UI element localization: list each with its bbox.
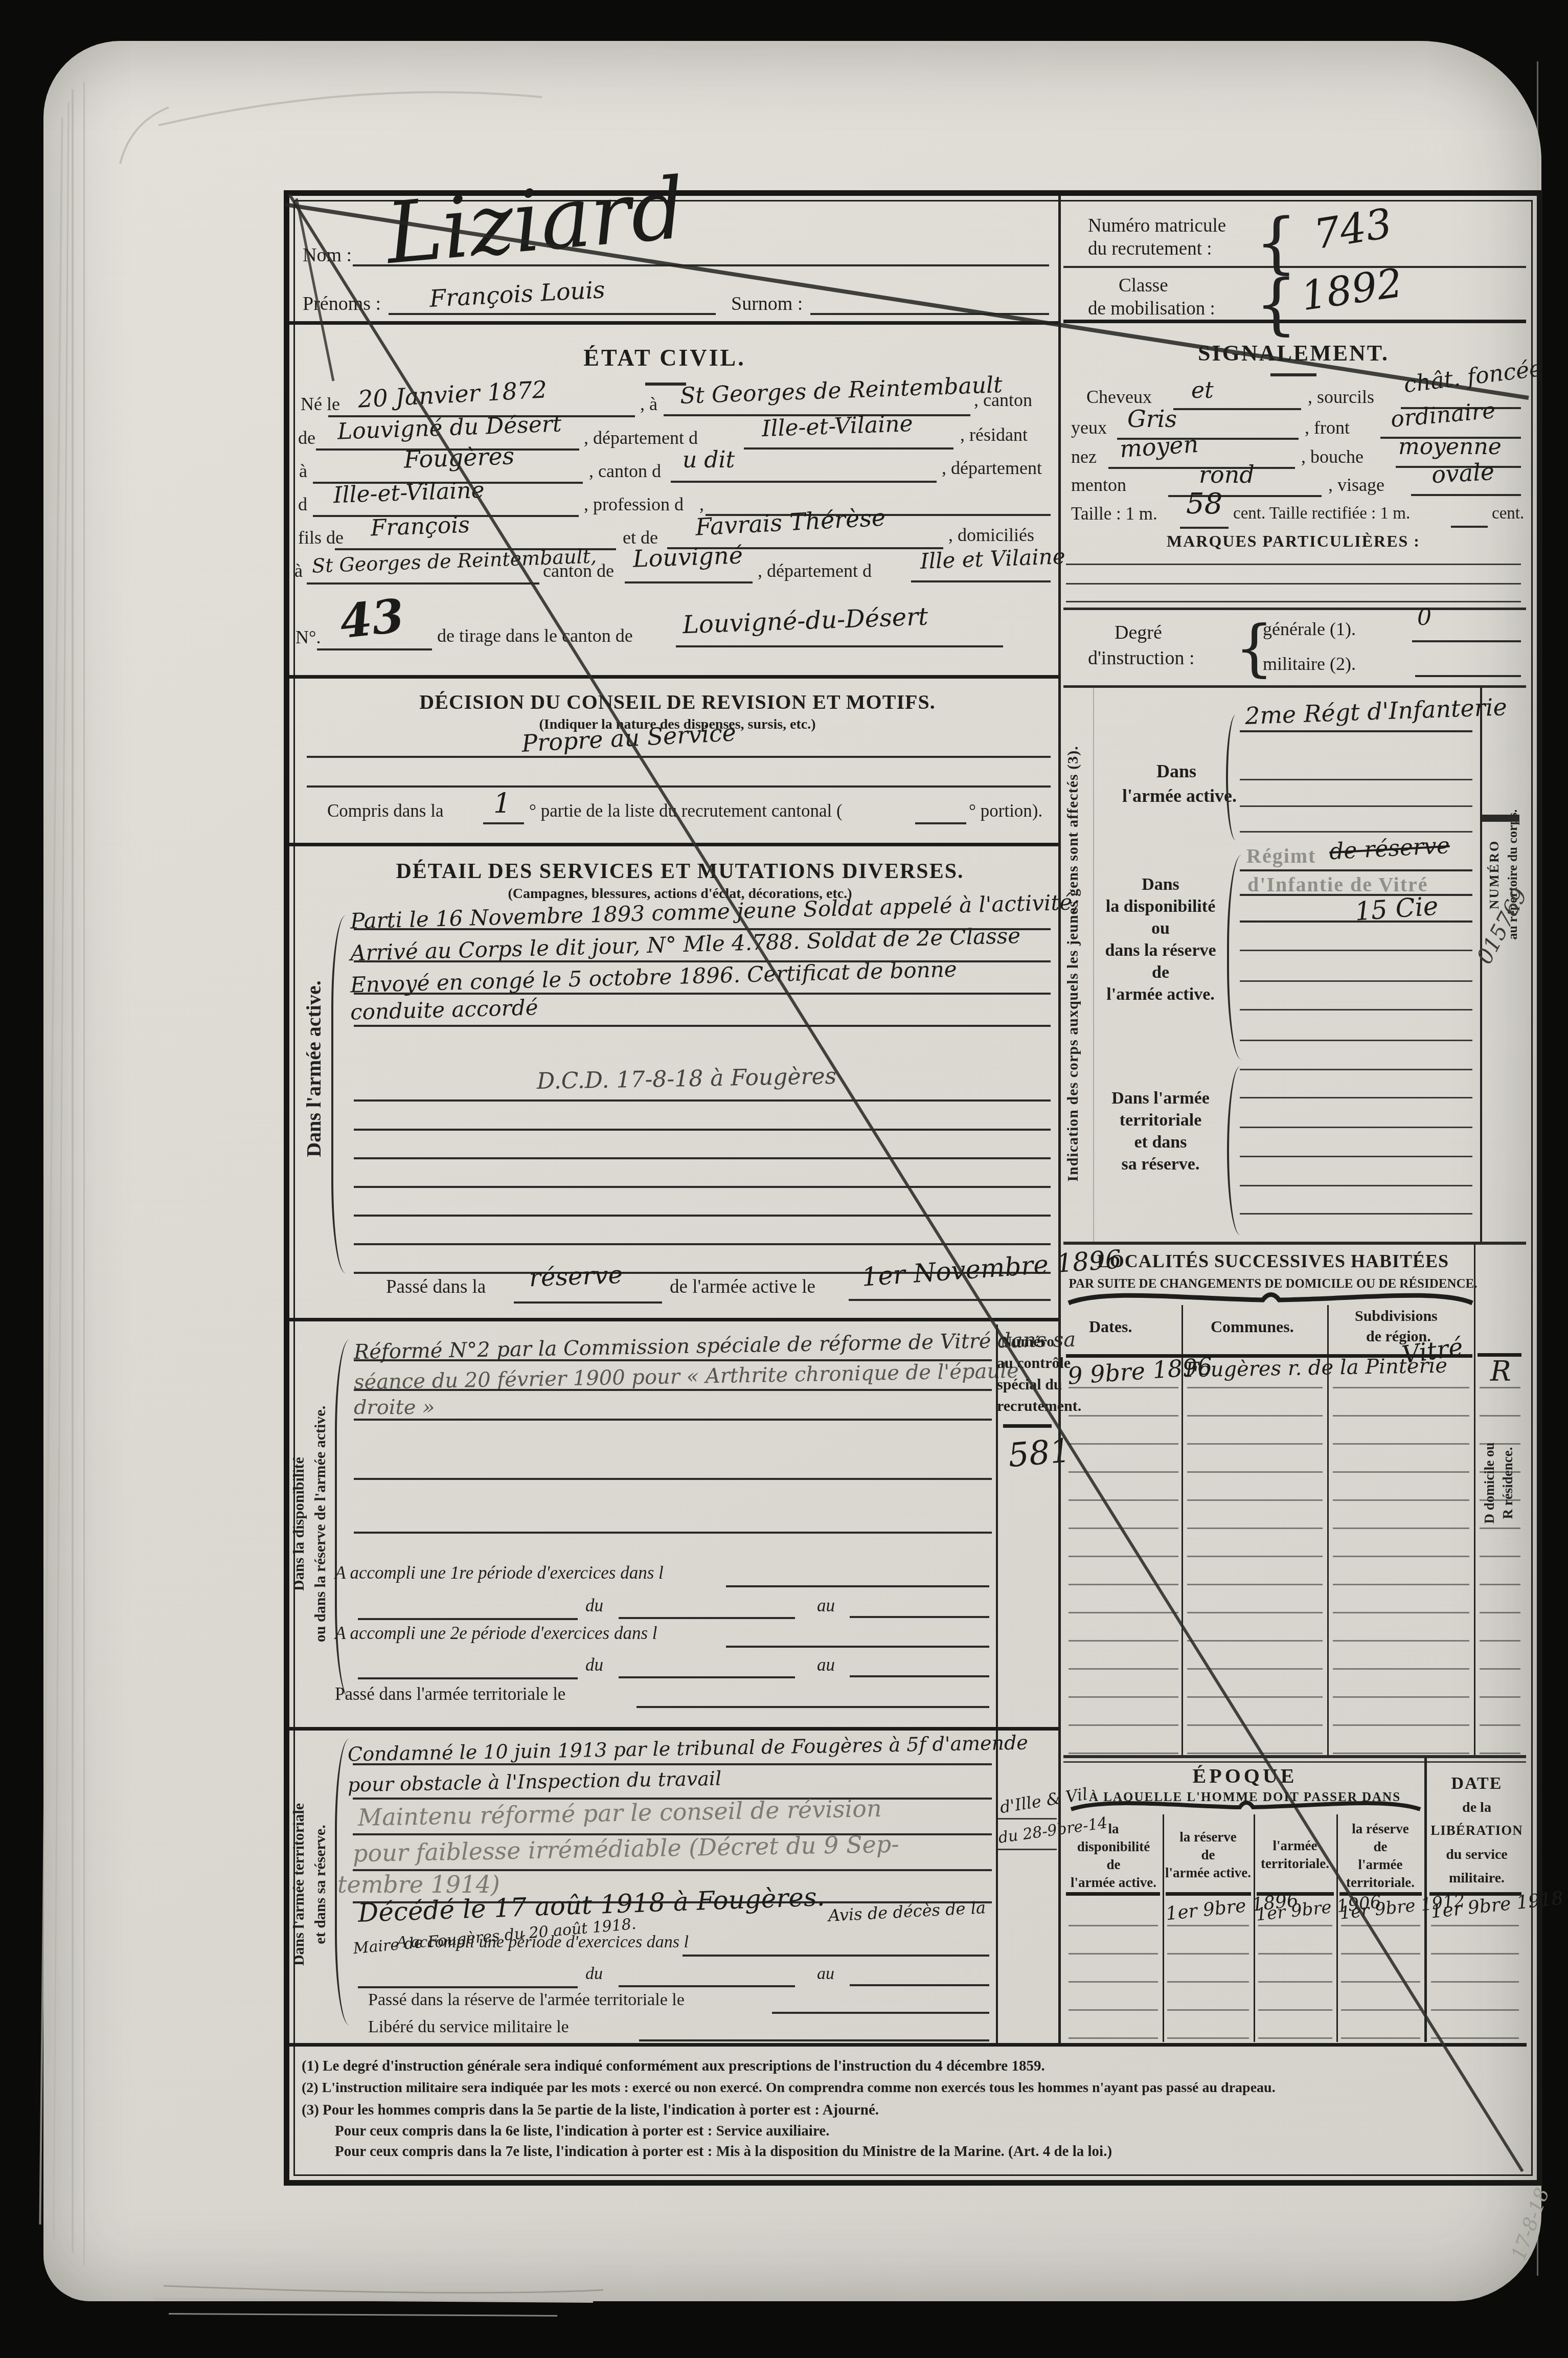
marques-rule3 [1066,601,1521,602]
cheveux-value: et [1191,379,1214,402]
marge-rule1 [998,1818,1057,1820]
epo-col3-l1: l'armée [1255,1838,1335,1853]
taille-rule1 [1180,527,1229,529]
loc-rules-dr [1480,1360,1520,1755]
dispo-bottom-divider [289,1727,1058,1731]
page-stack-edge [83,82,85,2265]
degre-generale-value: 0 [1417,607,1431,629]
corps-dispo-label-6: l'armée active. [1099,985,1222,1004]
etat-r4-a: d [298,495,307,514]
regiment-stamp-2: d'Infantie de Vitré [1247,872,1428,896]
terr-au: au [817,1965,834,1983]
terr-periode-label: A accompli une période d'exercices dans … [396,1933,689,1951]
etat-r6-rule0 [307,582,539,585]
terr-au-rule [850,1984,989,1986]
compris-hw: 1 [493,790,511,818]
etat-bottom-divider [289,675,1058,679]
corps-rule16 [1240,1185,1472,1186]
epo-col2-l1: la réserve [1164,1830,1252,1844]
periode2-du: du [585,1656,603,1675]
localites-subtitle: PAR SUITE DE CHANGEMENTS DE DOMICILE OU … [1069,1277,1478,1291]
degre-militaire-rule [1415,675,1521,677]
corps-dispo-label-1: Dans [1099,875,1222,894]
corps-rule17 [1240,1213,1472,1215]
corps-bottom-divider [1063,1242,1526,1245]
epo-rules-4 [1341,1898,1420,2041]
periode1-rule [726,1585,989,1587]
dispo-rule4 [354,1478,992,1480]
epoque-subtitle: À LAQUELLE L'HOMME DOIT PASSER DANS [1069,1791,1421,1804]
tirage-mid: de tirage dans le canton de [437,626,633,646]
bouche-value: moyenne [1398,436,1502,458]
footnote-2: (2) L'instruction militaire sera indiqué… [302,2080,1276,2095]
etat-r6-hw2: Louvigné [632,543,743,570]
periode2-label: A accompli une 2e période d'exercices da… [335,1624,657,1643]
terr-rule1 [353,1763,992,1765]
etat-r6-b: canton de [543,562,614,581]
etat-r6-rule1 [625,581,753,583]
corps-rule10 [1240,1009,1472,1010]
controle-label-1: Numéro [997,1334,1058,1350]
svc-rule2 [354,960,1051,962]
etat-r5-c: , domiciliés [948,526,1034,545]
corps-side-label: Indication des corps auxquels les jeunes… [1064,689,1082,1239]
compris-rule1 [483,822,524,824]
degre-bottom-divider [1063,685,1526,688]
loc-col-dates: Dates. [1089,1318,1132,1336]
periode2-au-rule [850,1675,989,1677]
page-stack-edge [72,89,74,2253]
localites-bottom-divider [1063,1755,1526,1758]
periode2-du-rule [619,1676,795,1678]
footnotes-top-divider [289,2043,1527,2047]
etat-r6-hw3: Ille et Vilaine [920,546,1065,572]
corps-active-label-2: l'armée active. [1122,787,1237,806]
corps-rule9 [1240,980,1472,982]
epo-date-l3: LIBÉRATION [1427,1823,1527,1837]
controle-box-border [996,1324,998,2043]
front-label: , front [1305,418,1350,438]
compris-a: Compris dans la [327,802,443,821]
main-column-divider [1058,196,1061,2043]
localites-bottom-divider-2 [1063,1761,1526,1763]
loc-rules-dates [1069,1360,1178,1755]
epo-rules-5 [1431,1898,1519,2041]
marques-rule2 [1066,583,1521,585]
yeux-label: yeux [1071,418,1107,438]
footnote-4: Pour ceux compris dans la 6e liste, l'in… [335,2123,829,2139]
epo-col3-l2: territoriale. [1255,1856,1335,1871]
terr-du: du [585,1965,603,1983]
cheveux-rule [1173,408,1301,410]
svc-rule7 [354,1157,1051,1159]
etat-r2-a: de [298,429,315,448]
footnote-3: (3) Pour les hommes compris dans la 5e p… [302,2102,879,2118]
taille-label: Taille : 1 m. [1071,505,1157,524]
footnote-5: Pour ceux compris dans la 7e liste, l'in… [335,2144,1112,2159]
loc-col-subdiv-1: Subdivisions [1355,1308,1438,1324]
loc-rules-communes [1187,1360,1323,1755]
corps-rule5 [1240,869,1472,871]
localites-title: LOCALITÉS SUCCESSIVES HABITÉES [1069,1252,1478,1271]
etat-r6-c: , département d [758,562,872,581]
corps-side-line [1093,688,1094,1242]
dispo-rule5 [354,1532,992,1534]
svc-rule5 [354,1099,1051,1102]
svc-rule9 [354,1215,1051,1217]
sourcils-label: , sourcils [1308,388,1374,407]
repertoire-label-1: NUMÉRO [1487,731,1502,1018]
degre-generale-rule [1412,640,1521,642]
corps-rule11 [1240,1040,1472,1041]
surnom-rule [810,313,1049,315]
marques-rule1 [1066,564,1521,565]
nom-label: Nom : [303,245,352,266]
etat-r2-c: , résidant [960,425,1028,445]
loc-rules-subdiv [1333,1360,1469,1755]
corps-active-brace [1226,715,1242,840]
bouche-label: , bouche [1301,447,1364,467]
nez-label: nez [1071,447,1097,467]
etat-r2-rule2 [744,447,953,450]
passe-rule1 [514,1301,662,1304]
signalement-bottom-divider [1063,608,1526,610]
terr-periode-rule [683,1955,989,1957]
corps-rule1 [1240,730,1472,732]
corps-rule8 [1240,950,1472,951]
svc-rule1 [354,928,1051,930]
tirage-rule1 [317,648,432,650]
surnom-label: Surnom : [731,294,803,315]
epo-date-l1: DATE [1427,1775,1527,1793]
etat-r6-a: à [294,562,303,581]
etat-r3-c: , département [942,459,1042,478]
footnote-1: (1) Le degré d'instruction générale sera… [302,2058,1045,2074]
degre-generale: générale (1). [1263,620,1356,639]
periode2-au: au [817,1656,835,1675]
etat-r1-b: , à [640,395,657,414]
etat-r2-b: , département d [584,429,698,448]
etat-r1-a: Né le [301,395,340,414]
repertoire-label-2: au répertoire du corps. [1505,731,1520,1018]
corps-dispo-label-4: dans la réserve [1099,941,1222,960]
taille-value: 58 [1186,490,1222,519]
signalement-underline [1270,373,1316,376]
corps-dispo-label-2: la disponibilité [1099,897,1222,916]
periode1-rule0 [358,1618,578,1620]
visage-value: ovale [1431,460,1495,486]
epo-col1-l1: la [1066,1822,1161,1836]
corps-rule14 [1240,1127,1472,1128]
etat-r4-b: , profession d [584,495,684,514]
corps-rule12 [1240,1069,1472,1070]
etat-r4-hw1: Ille-et-Vilaine [333,479,485,507]
epo-col4-l1: la réserve [1338,1822,1423,1836]
nez-value: moyen [1119,432,1199,461]
compris-c: ° portion). [969,802,1042,821]
terr-du-rule [619,1985,795,1987]
epo-col2-l2: de [1164,1848,1252,1862]
controle-label-4: recrutement. [997,1398,1058,1414]
taille-fin: cent. [1492,505,1524,523]
services-side-label: Dans l'armée active. [302,869,326,1268]
classe-brace: { [1255,265,1298,343]
passe-reserve-b: de l'armée active le [670,1277,815,1297]
corps-rule15 [1240,1156,1472,1157]
terr-passe-reserve: Passé dans la réserve de l'armée territo… [368,1991,685,2009]
cheveux-label: Cheveux [1086,388,1152,407]
passe-reserve-hw1: réserve [529,1263,623,1290]
corps-terr-label-3: et dans [1099,1133,1222,1152]
corps-dispo-label-3: ou [1099,919,1222,938]
compris-rule2 [915,822,966,824]
marge-rule2 [998,1849,1057,1850]
compris-b: ° partie de la liste du recrutement cant… [529,802,843,821]
periode2-rule0 [358,1677,578,1679]
dispo-rule3 [354,1419,992,1421]
controle-label-2: au contrôle [997,1355,1058,1372]
corps-terr-label-2: territoriale [1099,1111,1222,1130]
etat-r2-hw2: Ille-et-Vilaine [761,413,913,440]
decision-rule2 [307,785,1051,788]
epo-col4-l4: territoriale. [1338,1875,1423,1890]
corps-rule4 [1240,831,1472,833]
prenoms-label: Prénoms : [303,294,381,315]
svc-rule6 [354,1129,1051,1131]
corps-dispo-label-5: de [1099,963,1222,982]
etat-civil-title: ÉTAT CIVIL. [460,346,869,370]
dispo-brace [335,1340,351,1698]
epo-col1-l2: disponibilité [1066,1839,1161,1854]
services-dcd: D.C.D. 17-8-18 à Fougères [537,1065,837,1093]
taille-rule2 [1451,526,1488,528]
svc-rule10 [354,1243,1051,1245]
corps-rule2 [1240,779,1472,780]
terr-side-label-2: et dans sa réserve. [312,1731,329,2038]
etat-r3-b: , canton d [589,462,661,481]
svc-rule8 [354,1186,1051,1188]
terr-hw5: tembre 1914) [337,1873,500,1896]
decision-rule1 [307,756,1051,758]
tirage-no-value: 43 [338,593,406,645]
epo-col1-l4: l'armée active. [1066,1875,1161,1890]
epo-rules-1 [1069,1898,1158,2041]
classe-label: Classe [1119,276,1168,296]
epo-date-l2: de la [1427,1800,1527,1815]
svc-rule4 [354,1025,1051,1027]
periode1-au: au [817,1597,835,1615]
terr-side-label-1: Dans l'armée territoriale [290,1731,308,2038]
epo-underline-1 [1066,1892,1160,1896]
etat-r3-hw1: Fougères [403,444,515,471]
etat-r3-rule2 [671,481,937,483]
etat-r6-rule2 [911,580,1051,582]
corps-active-label-1: Dans [1156,762,1196,781]
passe-reserve-a: Passé dans la [386,1277,486,1297]
terr-libere: Libéré du service militaire le [368,2018,569,2036]
marques-label: MARQUES PARTICULIÈRES : [1125,533,1462,550]
periode1-au-rule [850,1616,989,1618]
epoque-title: ÉPOQUE [1069,1765,1421,1787]
etat-r4-c: , [699,495,704,514]
corps-rule7 [1240,920,1472,923]
scanned-military-register-page: Nom : Liziard Prénoms : François Louis S… [0,0,1568,2358]
etat-r3-hw2: u dit [683,449,735,471]
etat-r5-a: fils de [298,528,344,548]
signalement-title: SIGNALEMENT. [1125,342,1462,365]
epo-col2-l3: l'armée active. [1164,1866,1252,1880]
repertoire-col-line [1480,688,1482,1242]
matricule-value: 743 [1311,203,1395,256]
periode1-du: du [585,1597,603,1615]
loc-col-communes: Communes. [1211,1318,1294,1336]
degre-label-2: d'instruction : [1088,648,1194,669]
compagnie-value: 15 Cie [1354,893,1439,924]
epo-underline-2 [1166,1892,1251,1896]
nom-signature: Liziard [383,166,688,276]
epo-col4-l3: l'armée [1338,1857,1423,1872]
degre-militaire: militaire (2). [1263,655,1356,674]
controle-underline [1003,1424,1052,1428]
services-bottom-divider [289,1318,1058,1321]
page-stack-edge [169,2313,557,2317]
loc-col-line-3 [1474,1243,1475,1755]
etat-r3-a: à [299,462,307,481]
epo-rules-2 [1167,1898,1249,2041]
visage-rule [1411,494,1521,496]
epo-date-l5: militaire. [1427,1871,1527,1885]
controle-label-3: spécial du [997,1377,1058,1393]
header-divider-left [289,321,1058,325]
epo-date-l4: du service [1427,1847,1527,1862]
passe-territoriale-label: Passé dans l'armée territoriale le [335,1685,565,1704]
visage-label: , visage [1328,476,1384,495]
periode1-du-rule [619,1617,795,1619]
passe-territoriale-rule [637,1706,989,1708]
corps-terr-label-1: Dans l'armée [1099,1089,1222,1108]
matricule-label2: du recrutement : [1088,239,1212,259]
decision-title: DÉCISION DU CONSEIL DE REVISION ET MOTIF… [358,691,997,713]
etat-r5-hw1: François [370,514,470,540]
regiment-hw-raye: de réserve [1329,835,1450,863]
dispo-side-label-1: Dans la disponibilité [290,1335,308,1713]
degre-label-1: Degré [1115,623,1162,643]
menton-value: rond [1199,463,1255,486]
dispo-hw3: droite » [354,1397,435,1418]
services-title: DÉTAIL DES SERVICES ET MUTATIONS DIVERSE… [348,860,1012,883]
corps-rule13 [1240,1097,1472,1098]
passe-rule2 [849,1299,1051,1301]
controle-value: 581 [1007,1434,1072,1472]
epo-rules-3 [1258,1898,1332,2041]
tirage-no-label: N°. [296,628,321,647]
decision-bottom-divider [289,843,1058,846]
yeux-value: Gris [1127,407,1177,431]
terr-libere-rule [639,2039,989,2041]
terr-du-rule0 [358,1986,578,1988]
dispo-rule1 [354,1359,992,1361]
taille-suite: cent. Taille rectifiée : 1 m. [1233,505,1410,523]
svc-rule3 [354,993,1051,995]
services-brace [331,915,348,1273]
epo-col4-l2: de [1338,1839,1423,1854]
epo-col1-l3: de [1066,1857,1161,1872]
dispo-side-label-2: ou dans la réserve de l'armée active. [312,1335,329,1713]
matricule-label: Numéro matricule [1088,216,1226,236]
corps-rule3 [1240,805,1472,807]
tirage-rule2 [676,645,1003,647]
prenoms-rule [389,313,716,315]
terr-passe-rule [772,2012,989,2014]
corps-terr-label-4: sa réserve. [1099,1155,1222,1174]
regiment-stamp-1: Régimt [1246,844,1316,868]
periode2-rule [726,1646,989,1648]
services-hw4: conduite accordé [350,997,538,1023]
etat-r1-c: , canton [974,391,1032,410]
repertoire-ink-bar [1482,815,1519,822]
periode1-label: A accompli une 1re période d'exercices d… [335,1564,664,1583]
menton-label: menton [1071,476,1126,495]
dispo-rule2 [354,1389,992,1391]
classe-label2: de mobilisation : [1088,299,1215,319]
